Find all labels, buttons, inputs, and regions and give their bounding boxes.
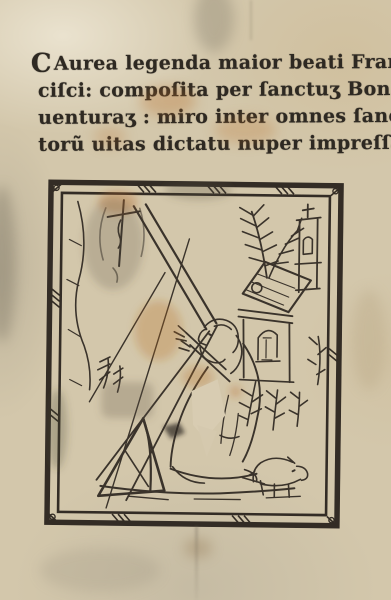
stain-spot: [184, 538, 212, 558]
title-line: torũ uitas dictatu nuper impreſſa.: [31, 130, 371, 159]
title-line: CAurea legenda maior beati Fran∕: [31, 49, 371, 78]
bushes: [239, 336, 326, 431]
incunable-page: CAurea legenda maior beati Fran∕ ciſci: …: [0, 0, 391, 600]
title-line: uenturaʒ : miro inter omnes ſanc∕: [31, 103, 371, 132]
stigmata-woodcut: [44, 179, 344, 529]
title-text: CAurea legenda maior beati Fran∕ ciſci: …: [31, 49, 372, 159]
smudge: [40, 548, 160, 592]
title-line-text: Aurea legenda maior beati Fran∕: [54, 51, 391, 75]
smudge: [352, 290, 386, 390]
paper-crease: [250, 0, 252, 40]
smudge: [194, 0, 234, 52]
paragraph-mark: C: [31, 49, 52, 79]
paper-crease: [195, 526, 198, 600]
title-line: ciſci: compoſita per ſanctuʒ Bona: [31, 76, 371, 105]
smudge: [0, 186, 16, 342]
palm-fronds: [239, 205, 304, 279]
